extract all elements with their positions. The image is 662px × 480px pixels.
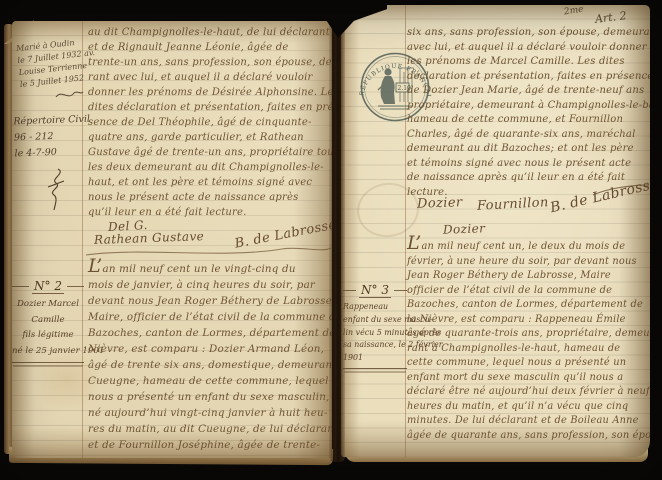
manuscript-line: heures du matin, et qu’il n’a vécu que c…	[407, 400, 647, 415]
manuscript-line: hameau de cette commune, et Fournillon	[407, 113, 647, 128]
act-number: N° 2	[32, 279, 64, 294]
manuscript-line: et de Rignault Jeanne Léonie, âgée de	[88, 40, 332, 55]
scanned-civil-register-photo: Marié à Oudinle 7 Juillet 1932 av.Louise…	[0, 0, 662, 480]
manuscript-line: février, à une heure du soir, par devant…	[407, 255, 647, 270]
register-left-page: Marié à Oudinle 7 Juillet 1932 av.Louise…	[12, 21, 332, 458]
rule-line	[394, 290, 407, 291]
manuscript-line: et de Fournillon Joséphine, âgée de tren…	[88, 437, 332, 453]
margin-note-line: 1901	[343, 352, 407, 365]
act-2-margin-lines: Dozier MarcelCamillefils légitimené le 2…	[12, 297, 84, 359]
manuscript-line: devant nous Jean Roger Béthery de Labros…	[88, 293, 332, 309]
manuscript-line: donner les prénoms de Désirée Alphonsine…	[88, 85, 332, 100]
witness-signature: Fournillon	[477, 195, 549, 214]
manuscript-line: officier de l’état civil de la commune d…	[407, 284, 647, 299]
manuscript-line: trente-un ans, sans profession, son épou…	[88, 55, 332, 70]
manuscript-line: Cueugne, hameau de cette commune, lequel	[88, 373, 332, 389]
father-signature-2: Dozier	[443, 221, 486, 236]
annotation-line: le 4-7-90	[14, 144, 91, 163]
act-1-closing-text: au dit Champignolles-le-haut, de lui déc…	[88, 25, 332, 220]
margin-note-line: fils légitime	[12, 328, 84, 344]
manuscript-line: mois de janvier, à cinq heures du soir, …	[88, 277, 332, 293]
manuscript-line: les prénoms de Marcel Camille. Les dites	[407, 55, 647, 70]
manuscript-line: âgée de quarante ans, sans profession, s…	[407, 429, 647, 444]
act-3-margin-note: N° 3 Rappeneauenfant du sexe mascu-lin v…	[343, 283, 407, 371]
manuscript-line: res du matin, au dit Cueugne, de lui déc…	[88, 421, 332, 437]
manuscript-line: Charles, âgé de quarante-six ans, maréch…	[407, 128, 647, 143]
act-2-margin-note: N° 2 Dozier MarcelCamillefils légitimené…	[12, 279, 84, 365]
manuscript-line: et témoins signé avec nous le présent ac…	[407, 157, 647, 172]
manuscript-line: propriétaire, demeurant à Champignolles-…	[407, 99, 647, 114]
manuscript-line: nous a présenté un enfant du sexe mascul…	[88, 389, 332, 405]
paraph-mark	[54, 87, 84, 103]
rule-line	[67, 286, 84, 287]
manuscript-line: âgé de trente six ans, domestique, demeu…	[88, 357, 332, 373]
book-binding-gutter	[329, 6, 345, 462]
manuscript-line: rant avec lui, et auquel il a déclaré vo…	[88, 70, 332, 85]
manuscript-line: Maire, officier de l’état civil de la co…	[88, 309, 332, 325]
marginal-repertoire-annotation: Répertoire Civil96 - 212le 4-7-90	[13, 112, 91, 163]
stamp-value-2: 1.	[400, 96, 406, 103]
act-number-row: N° 2	[12, 279, 84, 294]
manuscript-line: minutes. De lui déclarant et de Boileau …	[407, 414, 647, 429]
act-number: N° 3	[359, 283, 391, 298]
margin-note-line: enfant du sexe mascu-	[343, 314, 407, 327]
margin-note-line: lin vécu 5 minutes après	[343, 327, 407, 340]
rule-line	[12, 286, 29, 287]
margin-note-line: né le 25 janvier 1901	[12, 344, 84, 360]
annotation-line: Répertoire Civil	[13, 112, 90, 131]
folio-annotation: 2me	[563, 5, 584, 17]
act-3-margin-lines: Rappeneauenfant du sexe mascu-lin vécu 5…	[343, 301, 407, 365]
manuscript-line: déclaration et présentation, faites en p…	[407, 70, 647, 85]
manuscript-line: demeurant au dit Bazoches; et ont les pè…	[407, 142, 647, 157]
marginal-marriage-annotation: Marié à Oudinle 7 Juillet 1932 av.Louise…	[16, 35, 98, 91]
manuscript-line: quatre ans, garde particulier, et Rathea…	[88, 130, 332, 145]
act-2-continuation-text: six ans, sans profession, son épouse, de…	[407, 26, 647, 200]
manuscript-line: nous le présent acte de naissance après	[88, 190, 332, 205]
margin-note-line: Camille	[12, 313, 84, 329]
rule-line	[343, 368, 407, 371]
manuscript-line: L’an mil neuf cent un le vingt-cinq du	[88, 261, 332, 277]
manuscript-line: âgé de quarante-trois ans, propriétaire,…	[407, 327, 647, 342]
manuscript-line: de Dozier Jean Marie, âgé de trente-neuf…	[407, 84, 647, 99]
paraph-mark	[42, 167, 70, 211]
manuscript-line: six ans, sans profession, son épouse, de…	[407, 26, 647, 41]
manuscript-line: Nièvre, est comparu : Dozier Armand Léon…	[88, 341, 332, 357]
manuscript-line: L’an mil neuf cent un, le deux du mois d…	[407, 238, 647, 255]
margin-note-line: sa naissance, le 2 février	[343, 339, 407, 352]
act-3-body-text: L’an mil neuf cent un, le deux du mois d…	[407, 238, 647, 443]
manuscript-line: avec lui, et auquel il a déclaré vouloir…	[407, 41, 647, 56]
manuscript-line: déclaré être né aujourd’hui deux février…	[407, 385, 647, 400]
rule-line	[12, 362, 84, 365]
manuscript-line: au dit Champignolles-le-haut, de lui déc…	[88, 25, 332, 40]
act-2-body-text: L’an mil neuf cent un le vingt-cinq dumo…	[88, 261, 332, 453]
margin-note-line: Dozier Marcel	[12, 297, 84, 313]
father-signature: Dozier	[417, 195, 463, 212]
folio-annotation: Art. 2	[594, 9, 627, 26]
manuscript-line: sence de Del Théophile, âgé de cinquante…	[88, 115, 332, 130]
manuscript-line: dites déclaration et présentation, faite…	[88, 100, 332, 115]
manuscript-line: Bazoches, canton de Lormes, département …	[407, 298, 647, 313]
manuscript-line: les deux demeurant au dit Champignolles-…	[88, 160, 332, 175]
manuscript-line: Jean Roger Béthery de Labrosse, Maire	[407, 269, 647, 284]
manuscript-line: qu’il leur en a été fait lecture.	[88, 205, 332, 220]
act-number-row: N° 3	[343, 283, 407, 298]
manuscript-line: rant à Champignolles-le-haut, hameau de	[407, 342, 647, 357]
manuscript-line: enfant mort du sexe masculin qu’il nous …	[407, 371, 647, 386]
manuscript-line: haut, et ont les père et témoins signé a…	[88, 175, 332, 190]
manuscript-line: Bazoches, canton de Lormes, département …	[88, 325, 332, 341]
margin-note-line: Rappeneau	[343, 301, 407, 314]
register-right-page: 2me Art. 2 RÉPUBLIQUE FRANÇAISE 2.10	[341, 5, 650, 457]
manuscript-line: la Nièvre, est comparu : Rappeneau Émile	[407, 313, 647, 328]
manuscript-line: Gustave âgé de trente-un ans, propriétai…	[88, 145, 332, 160]
signature-flourish	[591, 183, 650, 197]
flourish-stroke	[82, 243, 332, 261]
manuscript-line: cette commune, lequel nous a présenté un	[407, 356, 647, 371]
manuscript-line: né aujourd’hui vingt-cinq janvier à huit…	[88, 405, 332, 421]
